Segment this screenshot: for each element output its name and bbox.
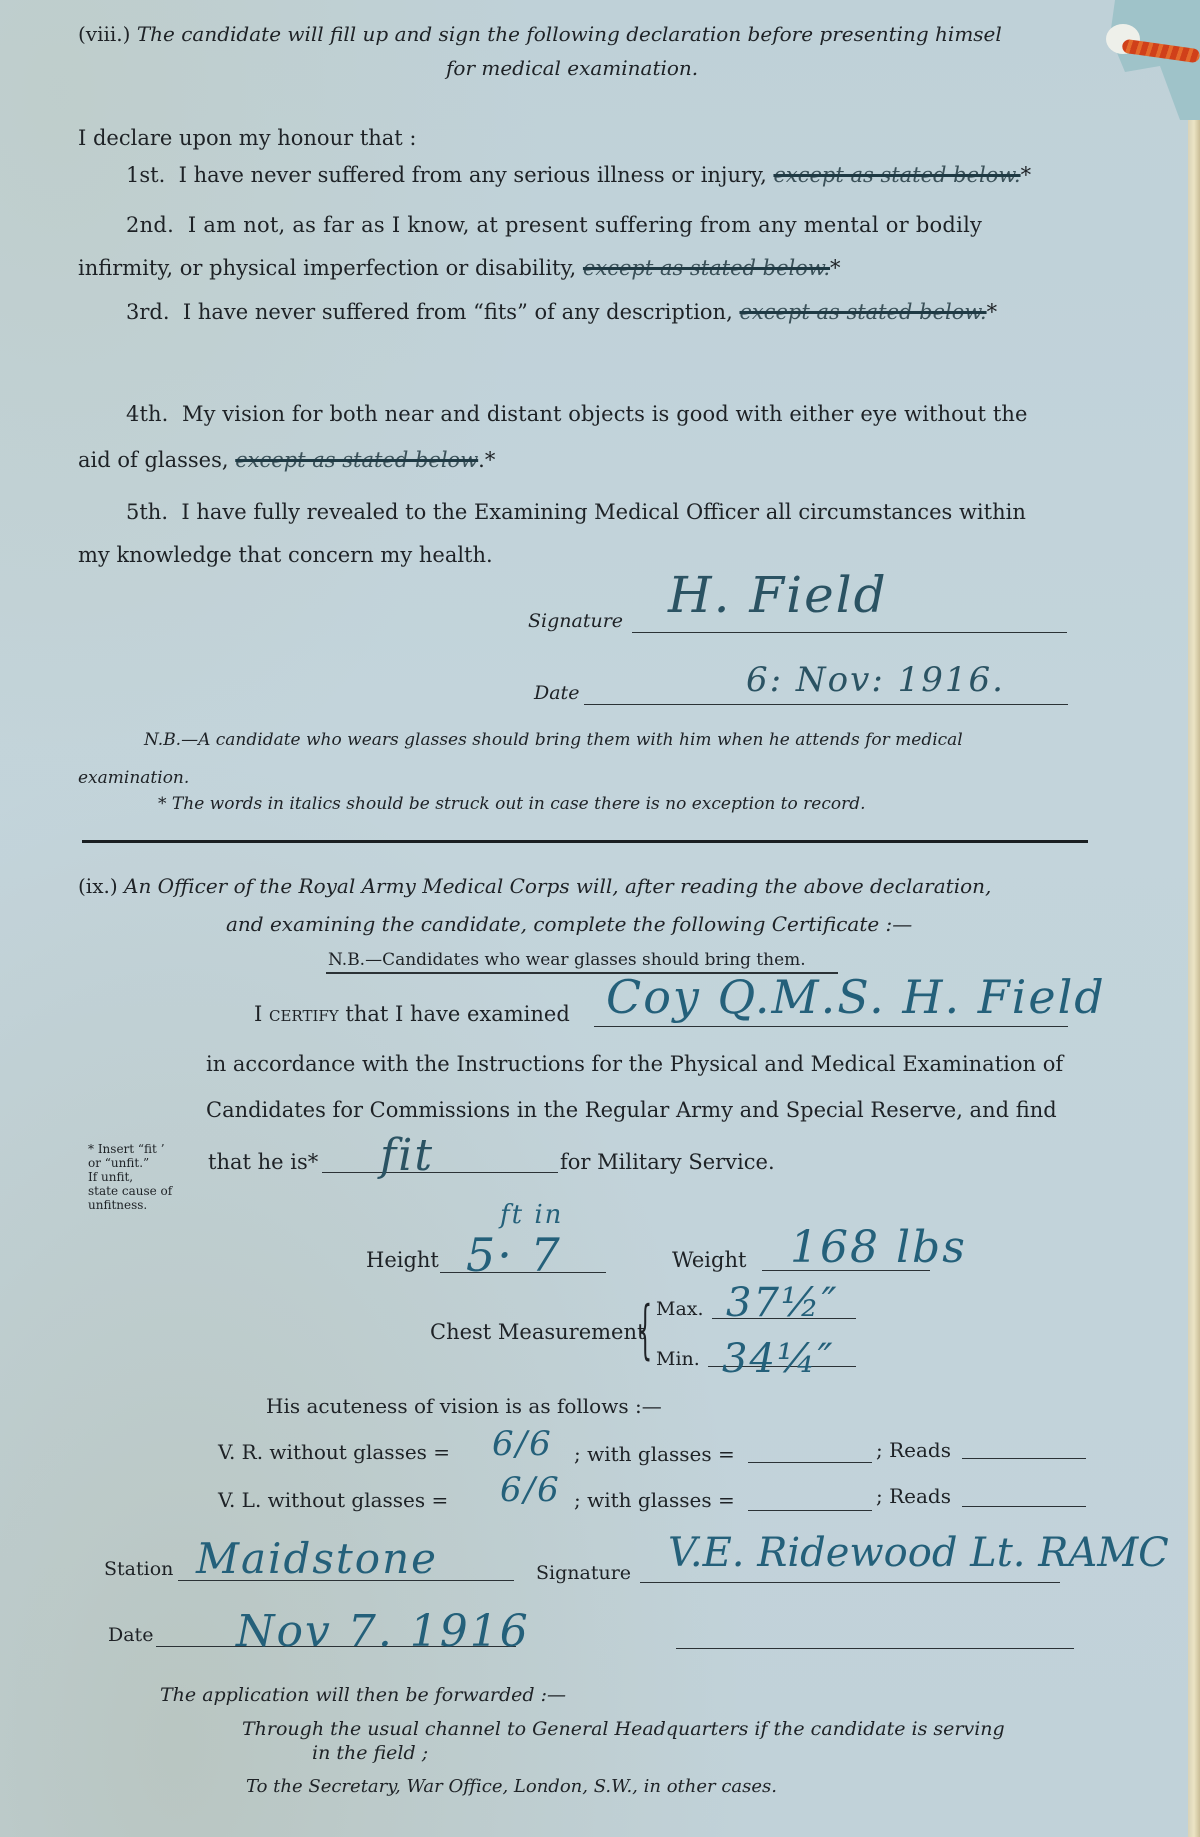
certify-line3: Candidates for Commissions in the Regula…: [206, 1100, 1057, 1121]
forward-line-1: Through the usual channel to General Hea…: [242, 1720, 1005, 1739]
weight-label: Weight: [672, 1250, 746, 1271]
clause-5-line2: my knowledge that concern my health.: [78, 545, 493, 566]
clause-ordinal: 1st.: [126, 163, 165, 187]
candidate-signature-label: Signature: [528, 612, 623, 631]
officer-date[interactable]: Nov 7. 1916: [236, 1606, 530, 1657]
section-viii-heading-line2: for medical examination.: [446, 58, 698, 78]
weight-value[interactable]: 168 lbs: [790, 1222, 967, 1273]
clause-4-line2: aid of glasses, except as stated below.*: [78, 450, 495, 471]
fit-value[interactable]: fit: [380, 1130, 434, 1181]
forward-intro: The application will then be forwarded :…: [160, 1686, 566, 1705]
chest-max-value[interactable]: 37½″: [726, 1280, 839, 1326]
margin-note-line: unfitness.: [88, 1198, 172, 1212]
vision-right-reads-line[interactable]: [962, 1458, 1086, 1459]
station-value[interactable]: Maidstone: [196, 1534, 438, 1583]
vision-right-value[interactable]: 6/6: [492, 1424, 553, 1464]
asterisk: *: [987, 300, 998, 324]
declaration-intro: I declare upon my honour that :: [78, 128, 417, 149]
certify-rest: that I have examined: [345, 1002, 569, 1026]
clause-ordinal: 4th.: [126, 402, 168, 426]
fit-suffix: for Military Service.: [560, 1152, 775, 1173]
certify-line2: in accordance with the Instructions for …: [206, 1054, 1063, 1075]
nb-glasses: N.B.—A candidate who wears glasses shoul…: [144, 732, 963, 749]
section-ix-heading-line1: An Officer of the Royal Army Medical Cor…: [124, 874, 991, 898]
chest-min-label: Min.: [656, 1350, 700, 1369]
officer-signature[interactable]: V.E. Ridewood Lt. RAMC: [668, 1530, 1169, 1576]
vision-left-with-line[interactable]: [748, 1510, 872, 1511]
section-ix-number: (ix.): [78, 874, 118, 898]
clause-text: I have never suffered from any serious i…: [179, 163, 767, 187]
forward-line-1b: in the field ;: [312, 1744, 428, 1763]
clause-2-line2: infirmity, or physical imperfection or d…: [78, 258, 841, 279]
candidate-date-line: [584, 704, 1068, 705]
margin-note-line: or “unfit.”: [88, 1156, 172, 1170]
clause-text: I am not, as far as I know, at present s…: [188, 213, 982, 237]
section-ix-heading-line2: and examining the candidate, complete th…: [226, 914, 912, 934]
asterisk: *: [1021, 163, 1032, 187]
nb-glasses-line2: examination.: [78, 770, 189, 787]
officer-date-label: Date: [108, 1626, 153, 1645]
section-divider: [82, 840, 1088, 843]
forward-line-2: To the Secretary, War Office, London, S.…: [246, 1778, 777, 1796]
clause-4: 4th. My vision for both near and distant…: [126, 404, 1028, 425]
chest-max-label: Max.: [656, 1300, 704, 1319]
clause-5: 5th. I have fully revealed to the Examin…: [126, 502, 1026, 523]
clause-text: infirmity, or physical imperfection or d…: [78, 256, 576, 280]
clause-1: 1st. I have never suffered from any seri…: [126, 165, 1031, 186]
height-value[interactable]: 5· 7: [466, 1228, 562, 1282]
asterisk: *: [830, 256, 841, 280]
officer-signature-line: [640, 1582, 1060, 1583]
candidate-signature-line: [632, 632, 1067, 633]
section-viii-heading-line1: The candidate will fill up and sign the …: [137, 22, 1002, 46]
section-ix-heading: (ix.) An Officer of the Royal Army Medic…: [78, 876, 991, 896]
struck-out-text: except as stated below.: [773, 163, 1020, 187]
struck-out-text: except as stated below.: [583, 256, 830, 280]
vision-right-label: V. R. without glasses =: [218, 1442, 450, 1462]
clause-text: I have fully revealed to the Examining M…: [181, 500, 1025, 524]
officer-signature-label: Signature: [536, 1564, 631, 1583]
nb-candidates-glasses: N.B.—Candidates who wear glasses should …: [328, 952, 806, 969]
vision-right-with-label: ; with glasses =: [574, 1444, 735, 1464]
clause-ordinal: 5th.: [126, 500, 168, 524]
examined-name-line: [594, 1026, 1068, 1027]
candidate-date[interactable]: 6: Nov: 1916.: [746, 660, 1005, 700]
certify-text: I certify that I have examined: [254, 1004, 570, 1025]
margin-note-line: state cause of: [88, 1184, 172, 1198]
struck-out-text: except as stated below.: [739, 300, 986, 324]
chest-min-value[interactable]: 34¼″: [722, 1336, 835, 1382]
clause-text: aid of glasses,: [78, 448, 229, 472]
candidate-date-label: Date: [534, 684, 579, 703]
certify-prefix: I: [254, 1002, 262, 1026]
chest-brace: {: [638, 1298, 652, 1362]
vision-right-reads-label: ; Reads: [876, 1440, 951, 1460]
page-edge: [1188, 0, 1200, 1837]
clause-2: 2nd. I am not, as far as I know, at pres…: [126, 215, 982, 236]
station-label: Station: [104, 1560, 173, 1579]
clause-text: My vision for both near and distant obje…: [182, 402, 1028, 426]
vision-left-value[interactable]: 6/6: [500, 1470, 561, 1510]
fit-prefix: that he is*: [208, 1152, 318, 1173]
height-label: Height: [366, 1250, 439, 1271]
margin-note-line: * Insert “fit ’: [88, 1142, 172, 1156]
height-units: ft in: [500, 1200, 563, 1230]
italics-footnote: * The words in italics should be struck …: [158, 796, 866, 813]
fit-line: [322, 1172, 558, 1173]
certify-word: certify: [269, 1002, 339, 1026]
vision-left-label: V. L. without glasses =: [218, 1490, 448, 1510]
asterisk: .*: [478, 448, 495, 472]
clause-text: I have never suffered from “fits” of any…: [183, 300, 733, 324]
margin-note-line: If unfit,: [88, 1170, 172, 1184]
vision-left-with-label: ; with glasses =: [574, 1490, 735, 1510]
section-viii-heading: (viii.) The candidate will fill up and s…: [78, 24, 1002, 44]
clause-ordinal: 3rd.: [126, 300, 170, 324]
margin-note: * Insert “fit ’ or “unfit.” If unfit, st…: [88, 1142, 172, 1212]
clause-3: 3rd. I have never suffered from “fits” o…: [126, 302, 997, 323]
examined-name[interactable]: Coy Q.M.S. H. Field: [606, 970, 1106, 1024]
vision-left-reads-line[interactable]: [962, 1506, 1086, 1507]
officer-rank-line[interactable]: [676, 1648, 1074, 1649]
vision-intro: His acuteness of vision is as follows :—: [266, 1396, 662, 1416]
section-viii-number: (viii.): [78, 22, 130, 46]
vision-right-with-line[interactable]: [748, 1462, 872, 1463]
clause-ordinal: 2nd.: [126, 213, 174, 237]
struck-out-text: except as stated below: [235, 448, 478, 472]
vision-left-reads-label: ; Reads: [876, 1486, 951, 1506]
candidate-signature[interactable]: H. Field: [668, 566, 888, 624]
chest-label: Chest Measurement: [430, 1322, 645, 1343]
